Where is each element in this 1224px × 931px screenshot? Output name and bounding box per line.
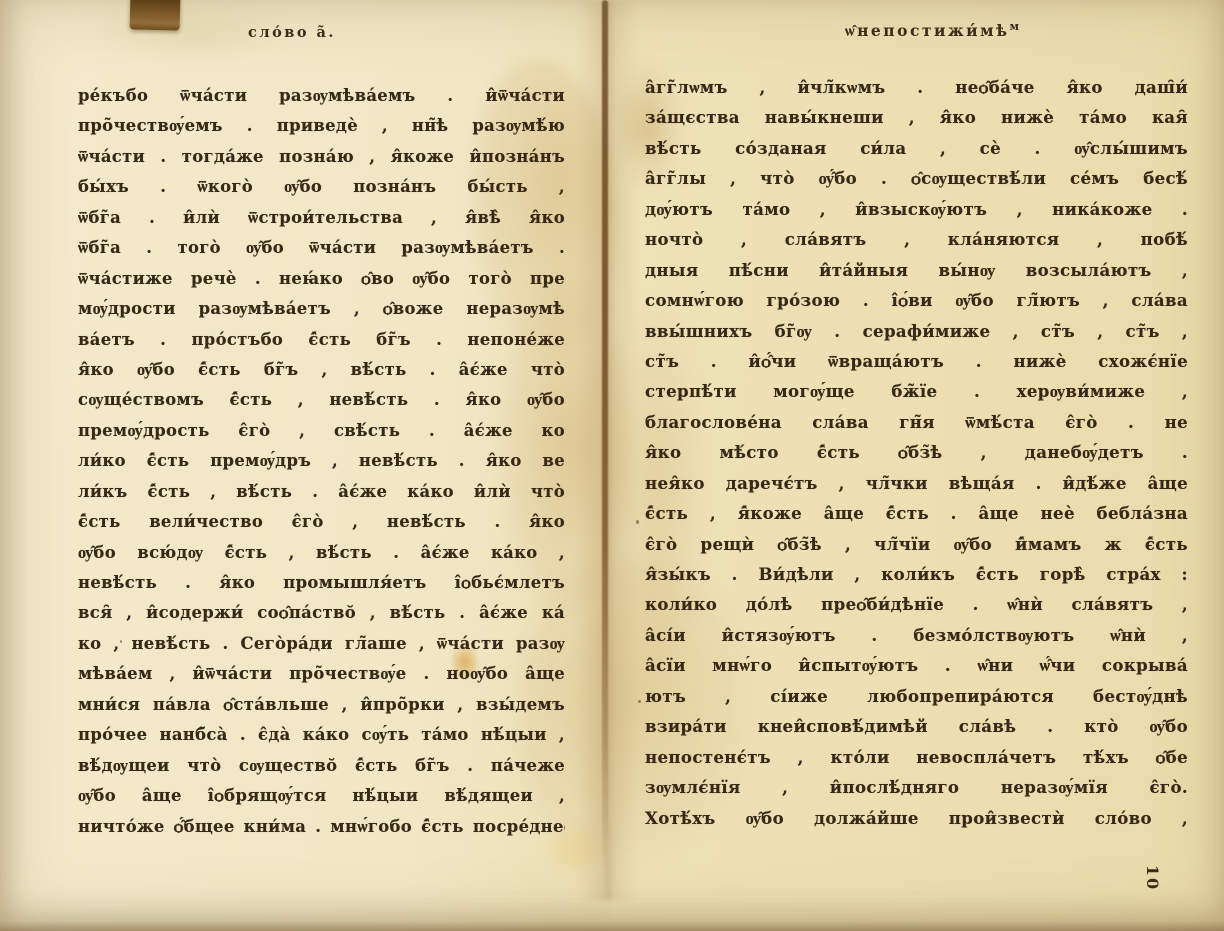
text-line: коли́ко до́лѣ преѻ̂би́дѣнїе . ѡ̂нѝ сла́в… xyxy=(645,589,1188,619)
text-line: я̂зы́къ . Ви́дѣли , коли́къ є̂́сть горѣ̀… xyxy=(645,559,1188,589)
right-page-text: а̂гг̃лѡмъ , и̂чл̃кѡмъ . неѻ̂ба́че я̂ко д… xyxy=(645,72,1188,833)
text-line: мни́ся па́вла ѻ̂ста́вльше , и̂про̃рки , … xyxy=(78,690,565,720)
right-running-head-superscript: м xyxy=(1010,20,1020,33)
text-line: вѣ́дѹщеи что̀ сѹщество̆ є̂́сть бг̃ъ . па… xyxy=(78,751,565,781)
text-line: я̂ко ѹ̂бо є̂́сть бг̃ъ , вѣ́сть . а̂є́же … xyxy=(78,355,565,385)
text-line: ѿбг̃а . и̂лѝ ѿстрои́тельства , я̂вѣ̀ я̂к… xyxy=(78,203,565,233)
text-line: премѹ́дрость є̂го̀ , свѣ́сть . а̂є́же ко xyxy=(78,416,565,446)
text-line: мѣва́ем , и̂ѿча́сти про̃чествѹ́е . ноѹ̂б… xyxy=(78,659,565,689)
book-scan: сло́во а̃. ѡ̂непостижи́мѣм ре́къбо ѿча́с… xyxy=(0,0,1224,931)
text-line: про́чее нанб̃са̀ . є̂да̀ ка́ко сѹ́ть та́… xyxy=(78,720,565,750)
left-running-head: сло́во а̃. xyxy=(182,24,402,41)
text-line: є̂́сть вели́чество є̂го̀ , невѣ́сть . я̂… xyxy=(78,507,565,537)
text-line: є̂́сть , я̂́коже а̂ще є̂́сть . а̂ще неѐ … xyxy=(645,498,1188,528)
text-line: ст̃ъ . и̂ѻ̂́чи ѿвраща́ютъ . нижѐ схожє́н… xyxy=(645,346,1188,376)
text-line: бы́хъ . ѿкого̀ ѹ̂бо позна́нъ бы́сть , xyxy=(78,172,565,202)
text-line: сѹще́ствомъ є̂́сть , невѣ́сть . я̂ко ѹ̂б… xyxy=(78,385,565,415)
speck xyxy=(694,86,697,89)
left-page-text: ре́къбо ѿча́сти разѹмѣва́емъ . и̂ѿча́сти… xyxy=(78,81,565,842)
speck xyxy=(120,640,122,643)
text-line: а̂гг̃лѡмъ , и̂чл̃кѡмъ . неѻ̂ба́че я̂ко д… xyxy=(645,72,1188,102)
text-line: ѿбг̃а . того̀ ѹ̂бо ѿча́сти разѹмѣва́етъ … xyxy=(78,233,565,263)
text-line: мѹ́дрости разѹмѣва́етъ , ѻ̂воже неразѹмѣ xyxy=(78,294,565,324)
text-line: ввы́шнихъ бг̃ѹ . серафи́миже , ст̃ъ , ст… xyxy=(645,316,1188,346)
text-line: вся̑ , и̂содержи́ соѻ̂па́ство̆ , вѣ́сть … xyxy=(78,598,565,628)
text-line: за́щєства навы́кнеши , я̂ко нижѐ та́мо к… xyxy=(645,102,1188,132)
text-line: ли́ко є̂́сть премѹ́дръ , невѣ́сть . я̂ко… xyxy=(78,446,565,476)
text-line: стерпѣ́ти могѹ́ще бж̃їе . херѹви́миже , xyxy=(645,376,1188,406)
text-line: ко , невѣ́сть . Сего̀ра́ди гл̃аше , ѿча́… xyxy=(78,629,565,659)
text-line: ли́къ є̂́сть , вѣ́сть . а̂є́же ка́ко и̂л… xyxy=(78,477,565,507)
text-line: благослове́на сла́ва гн̃я ѿмѣ́ста є̂го̀ … xyxy=(645,407,1188,437)
text-line: ѿча́сти . тогда́же позна́ю , я̂коже и̂по… xyxy=(78,142,565,172)
text-line: я̂ко мѣ́сто є̂́сть ѻ̂бз̃ѣ , данебѹ́детъ … xyxy=(645,437,1188,467)
text-line: про̃чествѹ́емъ . приведѐ , нн̃ѣ разѹмѣ́ю xyxy=(78,111,565,141)
text-line: взира́ти кнеи̂сповѣ́димѣй сла́вѣ . кто̀ … xyxy=(645,711,1188,741)
text-line: ничто́же ѻ̂́бщее кни́ма . мнѡ́гобо є̂́ст… xyxy=(78,812,565,842)
gutter-fold-line xyxy=(602,0,608,872)
text-line: сомнѡ́гою гро́зою . і̂ѻ́ви ѹ̂бо гл̃ютъ ,… xyxy=(645,285,1188,315)
text-line: є̂го̀ рещѝ ѻ̂бз̃ѣ , чл̃чїи ѹ̂бо и̂́мамъ … xyxy=(645,529,1188,559)
text-line: дѹ́ютъ та́мо , и̂взыскѹ́ютъ , ника́коже … xyxy=(645,194,1188,224)
speck xyxy=(636,520,639,524)
text-line: ѹ̂бо всю́дѹ є̂́сть , вѣ́сть . а̂є́же ка́… xyxy=(78,538,565,568)
text-line: ре́къбо ѿча́сти разѹмѣва́емъ . и̂ѿча́сти xyxy=(78,81,565,111)
text-line: Хотѣ́хъ ѹ̂бо должа́йше прои̂звестѝ сло́в… xyxy=(645,803,1188,833)
folio-number: 10 xyxy=(1138,858,1162,898)
right-running-head: ѡ̂непостижи́мѣм xyxy=(845,20,1125,41)
text-line: зѹмлє́нїя , и̂послѣ́дняго неразѹ́мїя є̂г… xyxy=(645,772,1188,802)
text-line: ночто̀ , сла́вятъ , кла́няются , побѣ́ xyxy=(645,224,1188,254)
text-line: ѿча́стиже речѐ . неꙗ́ко ѻ̂во ѹ̂бо того̀ … xyxy=(78,264,565,294)
text-line: ѹ̂бо а̂ще і̂ѻбрящѹ́тся нѣ́цыи вѣ́дящеи , xyxy=(78,781,565,811)
text-line: а̂сі́и и̂стязѹ́ютъ . безмо́лствѹютъ ѡ̂нѝ… xyxy=(645,620,1188,650)
text-line: дныя пѣ́сни и̂та́йныя вы́нѹ возсыла́ютъ … xyxy=(645,255,1188,285)
text-line: а̂сїи мнѡ́го и̂спытѹ́ютъ . ѡ̂ни ѡ̂́чи со… xyxy=(645,650,1188,680)
bookmark-tab xyxy=(130,0,181,31)
text-line: вѣ́сть со́зданая си́ла , сѐ . ѹ̂слы́шимъ xyxy=(645,133,1188,163)
text-line: невѣ́сть . я̂ко промышля́етъ і̂ѻбьє́млет… xyxy=(78,568,565,598)
text-line: ютъ , сі́иже любопрепира́ются бестѹ́днѣ xyxy=(645,681,1188,711)
text-line: нея̂ко даречє́тъ , чл̃чки вѣща́я . и̂дѣ́… xyxy=(645,468,1188,498)
text-line: непостенє́тъ , кто́ли невоспла́четъ тѣ́х… xyxy=(645,742,1188,772)
right-running-head-text: ѡ̂непостижи́мѣ xyxy=(845,21,1010,40)
text-line: ва́етъ . про́стъбо є̂́сть бг̃ъ . непоне́… xyxy=(78,325,565,355)
text-line: а̂гг̃лы , что̀ ѹ̂́бо . ѻ̂сѹществѣ́ли се́… xyxy=(645,163,1188,193)
speck xyxy=(638,700,641,703)
